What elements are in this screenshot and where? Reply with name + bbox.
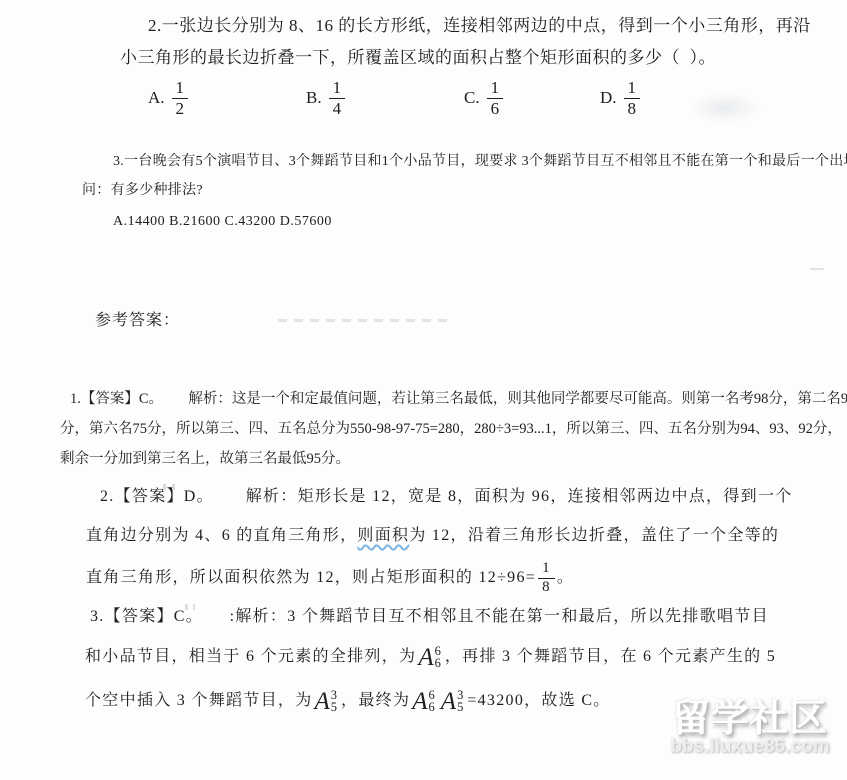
text-segment: 和小品节目，相当于 6 个元素的全排列，为 [85,647,416,667]
question-2-option-c: C. 1 6 [464,79,503,118]
math-permutation: A66 [412,689,435,714]
faint-tick-artifact [163,484,179,490]
reference-answers-heading: 参考答案： [95,311,180,331]
permutation-scripts: 35 [331,689,337,713]
faint-dashes-artifact [278,319,450,322]
watermark-title: 留学社区 [652,698,847,740]
answer-1-line-1: 1.【答案】C。 解析：这是一个和定最值问题，若让第三名最低，则其他同学都要尽可… [70,390,847,408]
permutation-letter: A [412,689,427,714]
question-2-option-b: B. 1 4 [306,79,345,118]
answer-1-line-3: 剩余一分加到第三名上，故第三名最低95分。 [60,450,350,468]
option-d-fraction: 1 8 [624,79,641,118]
fraction-numerator: 1 [538,561,555,579]
question-2-line-2: 小三角形的最长边折叠一下，所覆盖区域的面积占整个矩形面积的多少（ ）。 [120,47,716,68]
text-segment: 个空中插入 3 个舞蹈节目，为 [85,691,313,711]
answer-2-line-1: 2.【答案】D。 解析：矩形长是 12，宽是 8，面积为 96，连接相邻两边中点… [100,487,793,507]
text-segment: 。 [557,568,574,588]
option-b-fraction: 1 4 [329,79,346,118]
fraction-numerator: 1 [487,79,504,99]
watermark-url: bbs.liuxue86.com [652,738,847,756]
site-watermark: 留学社区 bbs.liuxue86.com [652,698,847,756]
fraction-numerator: 1 [329,79,346,99]
question-2-line-1: 2.一张边长分别为 8、16 的长方形纸，连接相邻两边的中点，得到一个小三角形，… [148,15,811,36]
question-3-line-1: 3.一台晚会有5个演唱节目、3个舞蹈节目和1个小品节目，现要求 3个舞蹈节目互不… [113,153,847,171]
answer-3-line-2: 和小品节目，相当于 6 个元素的全排列，为A66，再排 3 个舞蹈节目，在 6 … [85,638,776,676]
option-a-fraction: 1 2 [172,79,189,118]
spellcheck-wavy-text: 则面积 [357,527,409,544]
fraction-numerator: 1 [624,79,641,99]
faint-tick-artifact [185,604,195,610]
fraction-denominator: 4 [329,99,346,118]
answer-3-line-1: 3.【答案】C。 :解析：3 个舞蹈节目互不相邻且不能在第一和最后，所以先排歌唱… [90,607,769,627]
text-segment: ，最终为 [341,691,410,711]
option-a-label: A. [148,88,165,108]
math-fraction: 18 [538,561,555,596]
text-segment: 为 12，沿着三角形长边折叠，盖住了一个全等的 [409,527,779,544]
question-3-options-line: A.14400 B.21600 C.43200 D.57600 [113,213,332,231]
question-2-option-d: D. 1 8 [600,79,640,118]
math-permutation: A35 [441,689,464,714]
option-c-label: C. [464,88,480,108]
permutation-scripts: 35 [457,689,463,713]
text-segment: ，再排 3 个舞蹈节目，在 6 个元素产生的 5 [445,647,776,667]
option-b-label: B. [306,88,322,108]
scan-smudge-artifact [688,92,762,124]
fraction-denominator: 8 [624,99,641,118]
fraction-denominator: 8 [538,579,555,596]
option-c-fraction: 1 6 [487,79,504,118]
answer-2-line-3: 直角三角形，所以面积依然为 12，则占矩形面积的 12÷96=18。 [86,556,574,600]
option-d-label: D. [600,88,617,108]
permutation-letter: A [418,645,433,670]
permutation-subscript: 6 [429,701,435,713]
math-permutation: A66 [418,645,441,670]
permutation-letter: A [441,689,456,714]
exam-document-page: 2.一张边长分别为 8、16 的长方形纸，连接相邻两边的中点，得到一个小三角形，… [0,0,847,780]
permutation-subscript: 5 [457,701,463,713]
text-segment: =43200，故选 C。 [467,691,610,711]
fraction-denominator: 2 [172,99,189,118]
answer-2-line-2: 直角边分别为 4、6 的直角三角形，则面积为 12，沿着三角形长边折叠，盖住了一… [86,526,779,546]
fraction-denominator: 6 [487,99,504,118]
permutation-scripts: 66 [429,689,435,713]
answer-3-line-3: 个空中插入 3 个舞蹈节目，为A35，最终为A66A35=43200，故选 C。 [85,681,611,721]
answer-1-line-2: 分，第六名75分，所以第三、四、五名总分为550-98-97-75=280，28… [60,420,842,438]
question-3-line-2: 问：有多少种排法? [82,182,203,200]
faint-dash-artifact [810,268,824,270]
permutation-subscript: 6 [435,657,441,669]
permutation-subscript: 5 [331,701,337,713]
permutation-letter: A [315,689,330,714]
question-2-option-a: A. 1 2 [148,79,188,118]
math-permutation: A35 [315,689,338,714]
text-segment: 直角三角形，所以面积依然为 12，则占矩形面积的 12÷96= [86,568,536,588]
fraction-numerator: 1 [172,79,189,99]
permutation-scripts: 66 [435,645,441,669]
text-segment: 直角边分别为 4、6 的直角三角形， [86,527,357,544]
